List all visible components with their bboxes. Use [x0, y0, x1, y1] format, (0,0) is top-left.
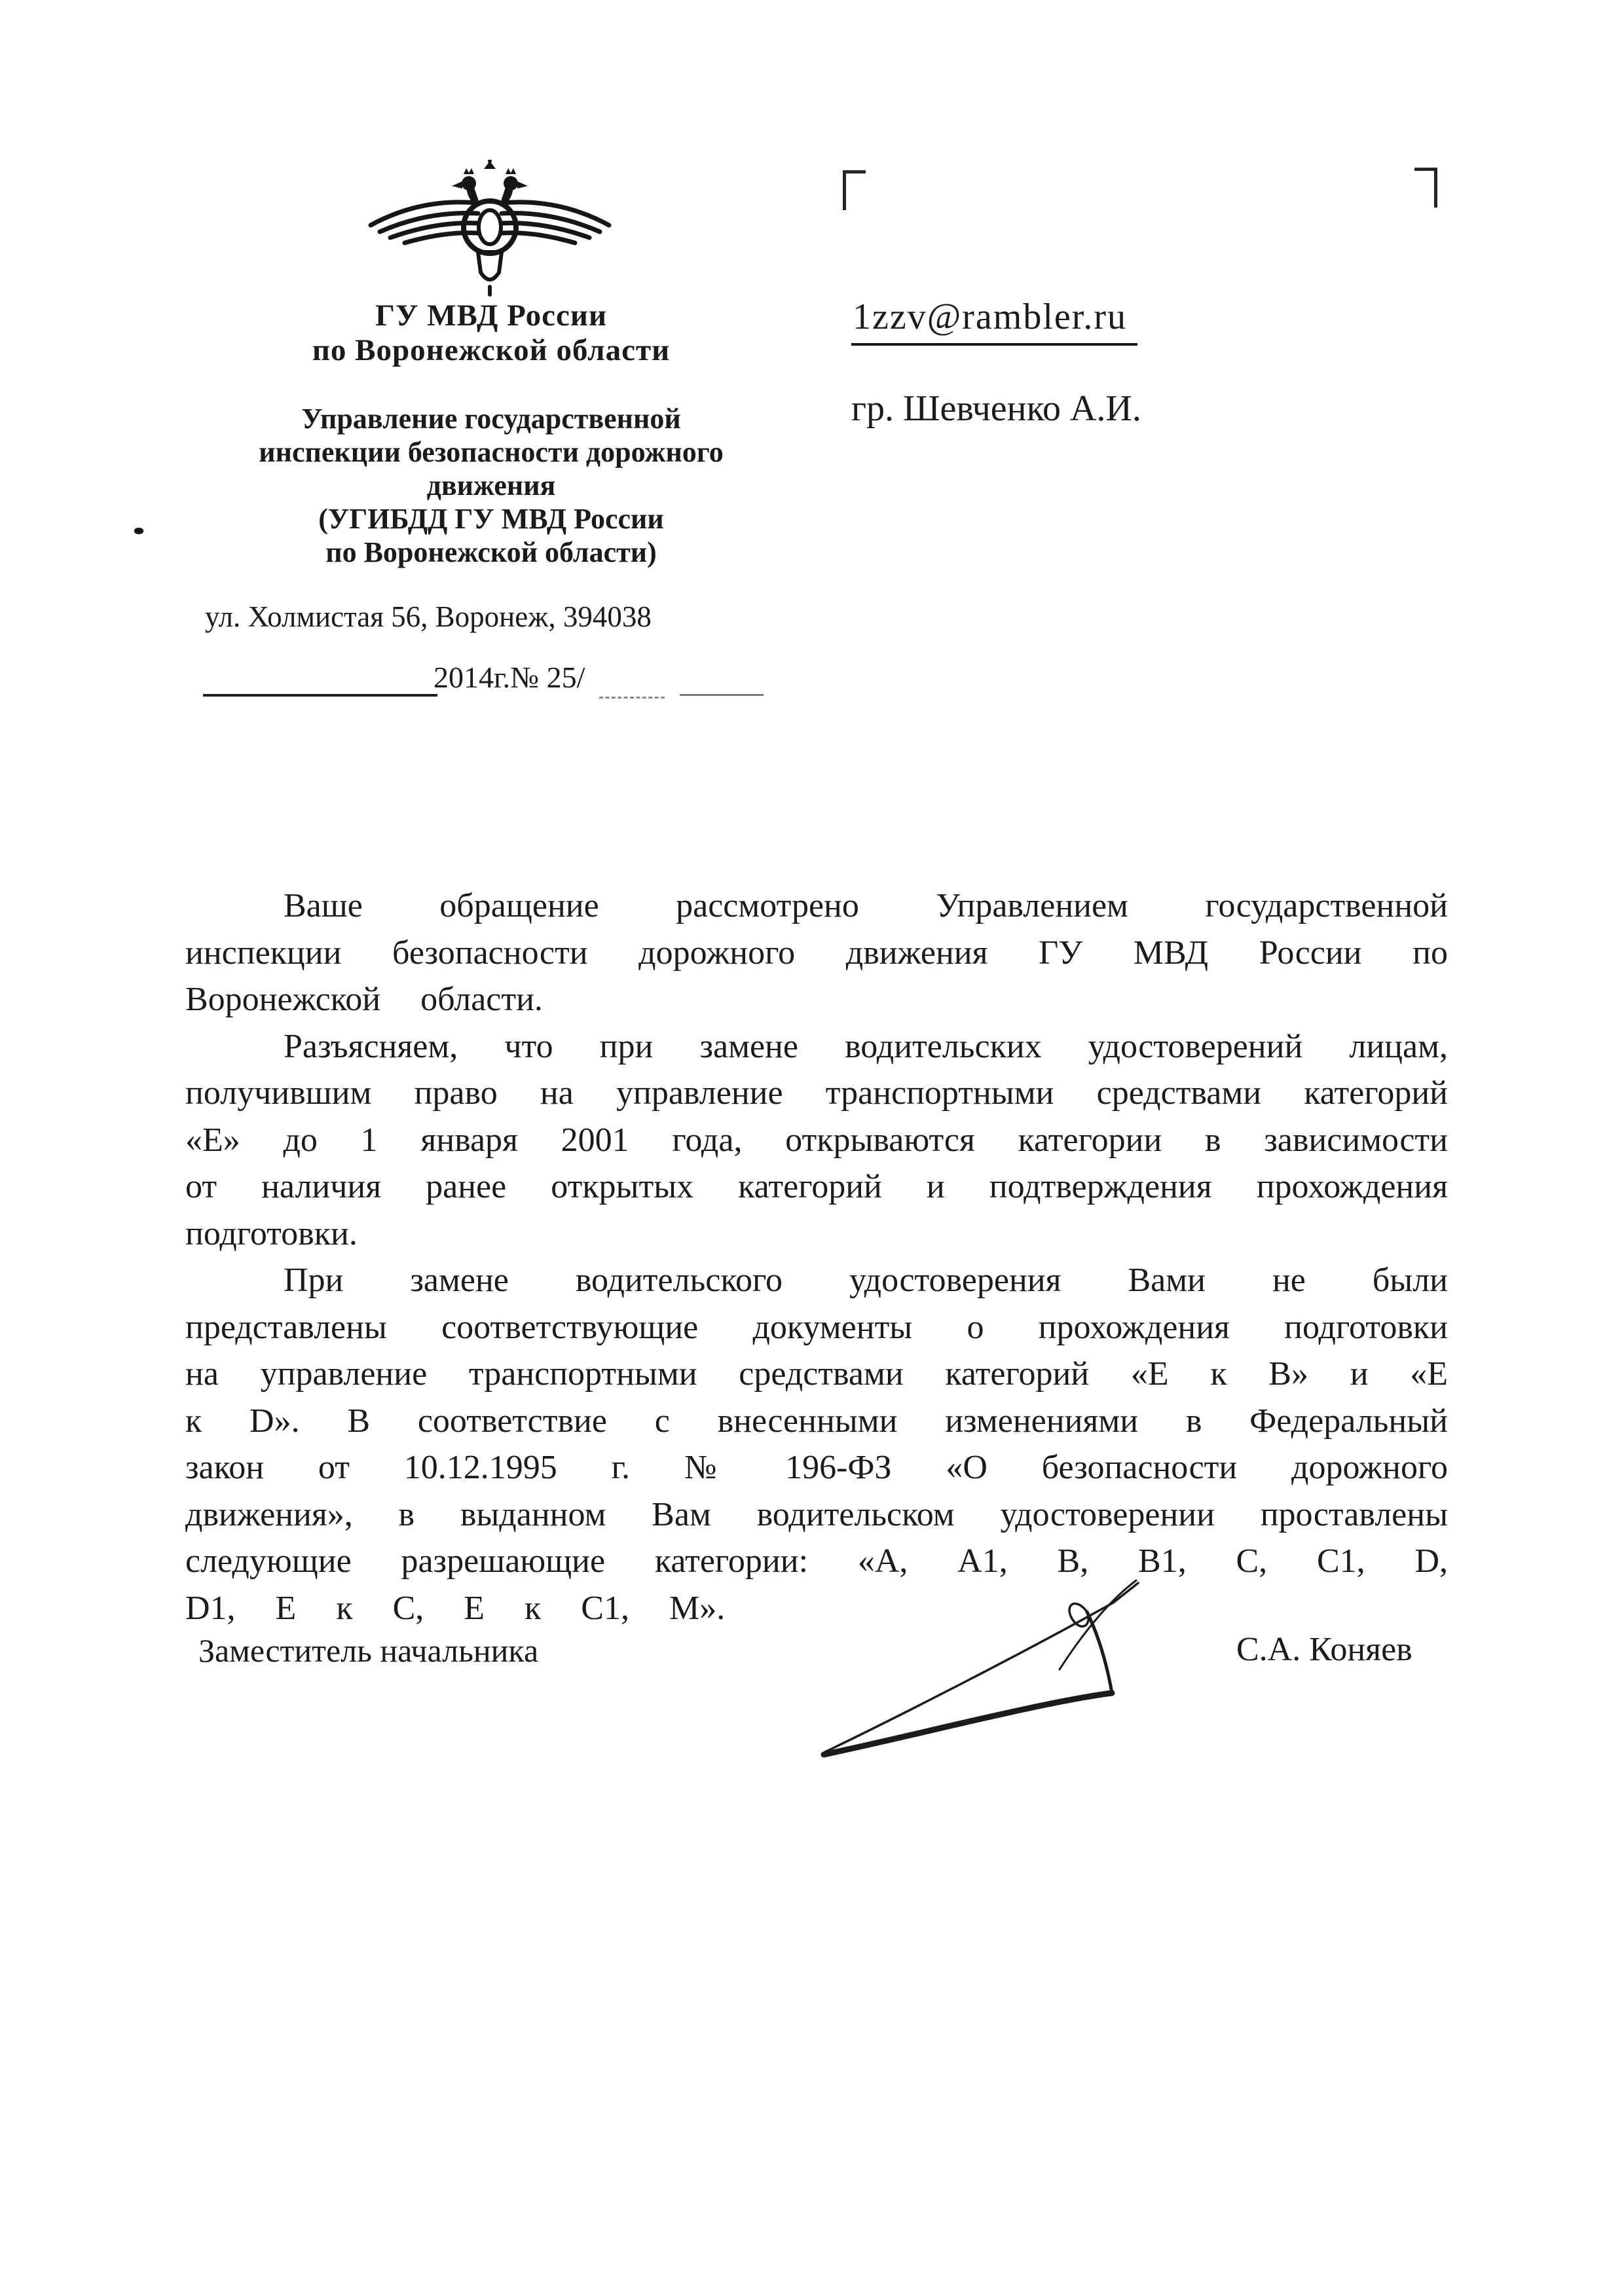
org-name-block: ГУ МВД России по Воронежской области	[177, 299, 805, 368]
body-paragraph: Ваше обращение рассмотрено Управлением г…	[185, 883, 1448, 1023]
division-line: Управление государственной	[164, 402, 819, 435]
date-number-line: 2014г.№ 25/	[203, 660, 792, 706]
addressee-corner-right-mark	[1414, 168, 1437, 208]
division-line: (УГИБДД ГУ МВД России	[164, 502, 819, 536]
number-blank-rule	[680, 694, 764, 696]
signer-name: С.А. Коняев	[1236, 1630, 1412, 1669]
scanned-letter-page: ГУ МВД России по Воронежской области Упр…	[0, 0, 1624, 2296]
body-paragraph: При замене водительского удостоверения В…	[185, 1257, 1448, 1631]
addressee-corner-left-mark	[843, 170, 866, 210]
postal-address: ул. Холмистая 56, Воронеж, 394038	[205, 600, 652, 634]
signer-title: Заместитель начальника	[198, 1631, 538, 1669]
number-blank-rule	[599, 697, 665, 699]
org-name-line: ГУ МВД России	[177, 299, 805, 333]
division-name-block: Управление государственной инспекции без…	[164, 402, 819, 569]
handwritten-signature-icon	[805, 1576, 1159, 1773]
scan-speck	[134, 528, 143, 534]
date-blank-rule	[203, 694, 437, 697]
recipient-name: гр. Шевченко А.И.	[851, 388, 1141, 429]
recipient-email: 1zzv@rambler.ru	[851, 296, 1137, 346]
date-number-text: 2014г.№ 25/	[434, 660, 585, 695]
division-line: инспекции безопасности дорожного	[164, 435, 819, 469]
body-paragraph: Разъясняем, что при замене водительских …	[185, 1023, 1448, 1258]
org-name-line: по Воронежской области	[177, 333, 805, 368]
division-line: движения	[164, 469, 819, 502]
letter-body: Ваше обращение рассмотрено Управлением г…	[185, 883, 1448, 1631]
mvd-eagle-emblem-icon	[359, 160, 621, 297]
division-line: по Воронежской области)	[164, 536, 819, 569]
